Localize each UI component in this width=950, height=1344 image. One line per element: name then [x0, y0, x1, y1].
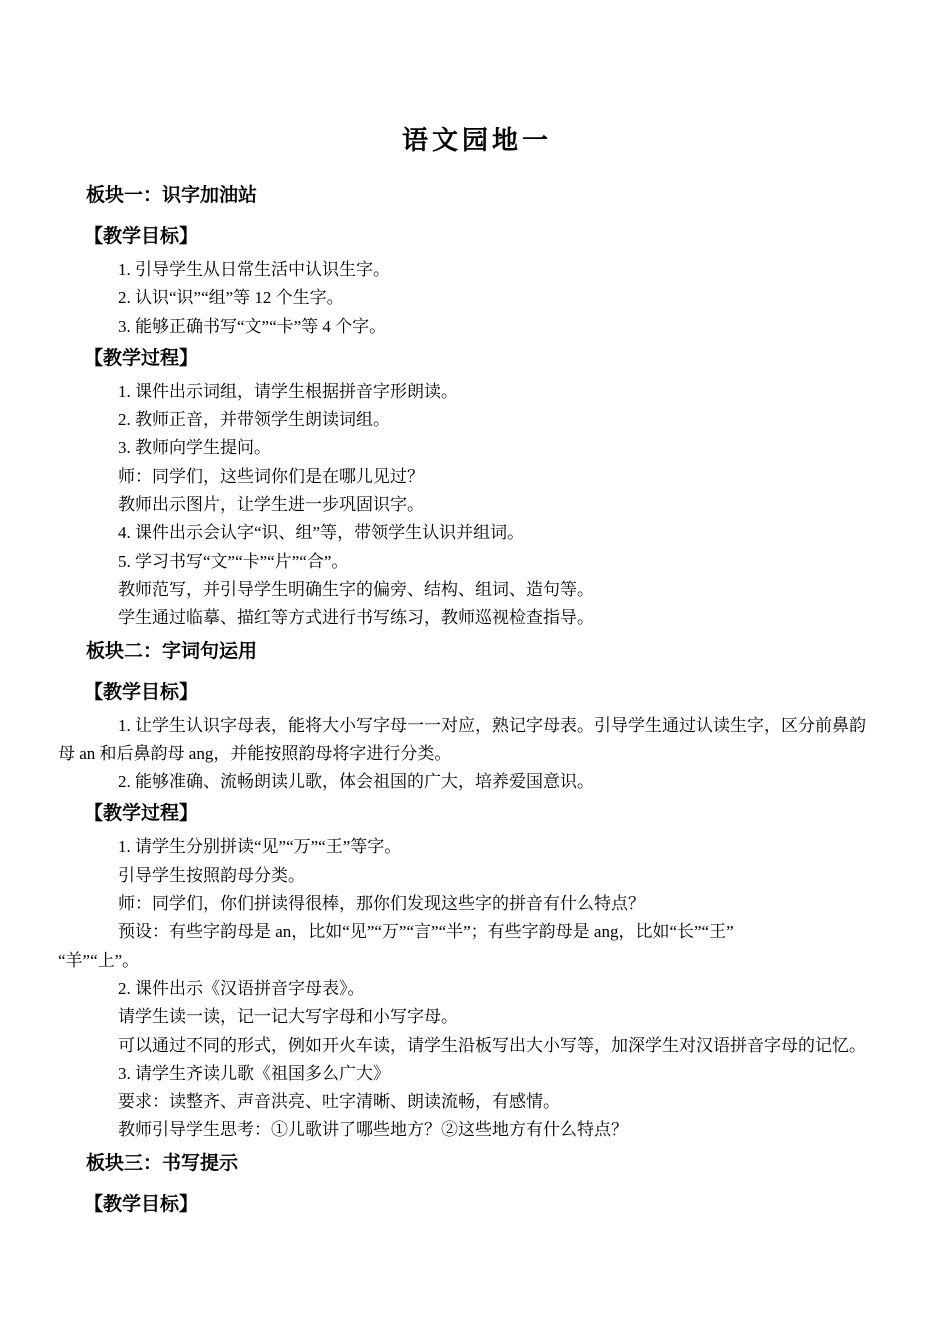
process-step: 师：同学们，这些词你们是在哪儿见过？	[58, 463, 896, 491]
process-step: 预设：有些字韵母是 an，比如“见”“万”“言”“半”；有些字韵母是 ang，比…	[58, 918, 896, 946]
process-step: 教师出示图片，让学生进一步巩固识字。	[58, 491, 896, 519]
goal-item: 1. 让学生认识字母表，能将大小写字母一一对应，熟记字母表。引导学生通过认读生字…	[58, 712, 896, 740]
section-3-heading: 板块三：书写提示	[86, 1149, 896, 1179]
process-step: 请学生读一读，记一记大写字母和小写字母。	[58, 1003, 896, 1031]
process-step: 1. 请学生分别拼读“见”“万”“王”等字。	[58, 833, 896, 861]
process-step: 3. 请学生齐读儿歌《祖国多么广大》	[58, 1060, 896, 1088]
process-step: 师：同学们，你们拼读得很棒，那你们发现这些字的拼音有什么特点？	[58, 890, 896, 918]
process-step: 2. 教师正音，并带领学生朗读词组。	[58, 406, 896, 434]
lesson-plan-document: 语文园地一 板块一：识字加油站 【教学目标】 1. 引导学生从日常生活中认识生字…	[0, 0, 950, 1344]
process-step: 可以通过不同的形式，例如开火车读，请学生沿板写出大小写等，加深学生对汉语拼音字母…	[58, 1032, 896, 1060]
teaching-goal-heading: 【教学目标】	[84, 222, 896, 252]
goal-item: 2. 认识“识”“组”等 12 个生字。	[58, 284, 896, 312]
process-step: 要求：读整齐、声音洪亮、吐字清晰、朗读流畅，有感情。	[58, 1088, 896, 1116]
teaching-process-heading: 【教学过程】	[84, 799, 896, 829]
process-step: 3. 教师向学生提问。	[58, 434, 896, 462]
teaching-goal-heading: 【教学目标】	[84, 678, 896, 708]
process-step: 引导学生按照韵母分类。	[58, 862, 896, 890]
doc-title: 语文园地一	[58, 122, 896, 158]
goal-item: 2. 能够准确、流畅朗读儿歌，体会祖国的广大，培养爱国意识。	[58, 768, 896, 796]
goal-item: 3. 能够正确书写“文”“卡”等 4 个字。	[58, 313, 896, 341]
process-step-continuation: “羊”“上”。	[58, 947, 896, 975]
teaching-goal-heading: 【教学目标】	[84, 1190, 896, 1220]
teaching-process-heading: 【教学过程】	[84, 344, 896, 374]
document-page: { "document": { "title": "语文园地一", "secti…	[0, 0, 950, 1344]
goal-item-continuation: 母 an 和后鼻韵母 ang，并能按照韵母将字进行分类。	[58, 740, 896, 768]
section-2-heading: 板块二：字词句运用	[86, 637, 896, 667]
process-step: 2. 课件出示《汉语拼音字母表》。	[58, 975, 896, 1003]
process-step: 教师引导学生思考：①儿歌讲了哪些地方？②这些地方有什么特点？	[58, 1116, 896, 1144]
process-step: 4. 课件出示会认字“识、组”等，带领学生认识并组词。	[58, 519, 896, 547]
goal-item: 1. 引导学生从日常生活中认识生字。	[58, 256, 896, 284]
section-1-heading: 板块一：识字加油站	[86, 181, 896, 211]
process-step: 教师范写，并引导学生明确生字的偏旁、结构、组词、造句等。	[58, 576, 896, 604]
process-step: 1. 课件出示词组，请学生根据拼音字形朗读。	[58, 378, 896, 406]
process-step: 5. 学习书写“文”“卡”“片”“合”。	[58, 548, 896, 576]
process-step: 学生通过临摹、描红等方式进行书写练习，教师巡视检查指导。	[58, 604, 896, 632]
